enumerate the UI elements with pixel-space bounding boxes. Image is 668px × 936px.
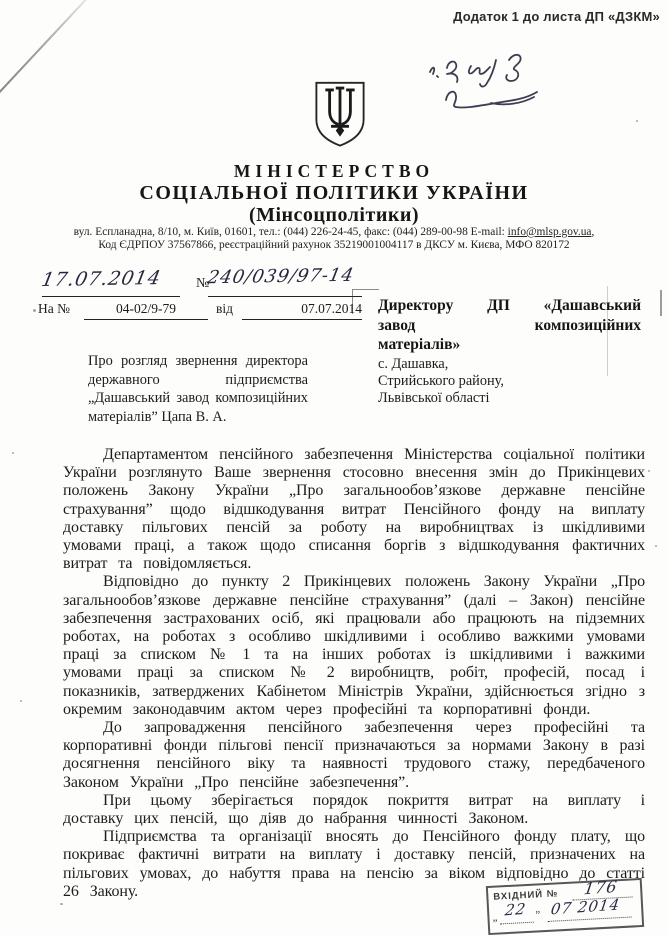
scan-speck: [636, 120, 638, 122]
outgoing-date-field: 17.07.2014: [42, 268, 180, 297]
stamp-open-quote: „: [492, 912, 498, 924]
subject-line: „Дашавський завод композиційних: [88, 389, 308, 408]
scan-speck: [33, 309, 36, 312]
scanned-letter-page: Додаток 1 до листа ДП «ДЗКМ» МІНІСТЕРСТВ…: [0, 0, 668, 936]
contact-line1: вул. Еспланадна, 8/10, м. Київ, 01601, т…: [14, 226, 654, 238]
tryzub-emblem-icon: [308, 80, 372, 148]
reply-number-field: 04-02/9-79: [84, 301, 208, 320]
contact-line1-suffix: ,: [591, 226, 594, 238]
addressee-line: завод композиційних: [378, 316, 641, 336]
body-paragraph: Департаментом пенсійного забезпечення Мі…: [63, 446, 645, 573]
contact-email: info@mlsp.gov.ua: [508, 226, 592, 238]
contact-address: вул. Еспланадна, 8/10, м. Київ, 01601, т…: [74, 226, 508, 238]
addressee-location: Стрийського району,: [378, 373, 641, 389]
reply-label: На №: [38, 301, 70, 317]
scan-artifact-edge-mark: [660, 290, 662, 316]
addressee-location: Львівської області: [378, 390, 641, 406]
scan-speck: [655, 545, 657, 547]
scan-speck: [12, 452, 14, 454]
letter-body: Департаментом пенсійного забезпечення Мі…: [63, 446, 645, 901]
outgoing-date-handwritten: 17.07.2014: [40, 267, 164, 291]
subject-line: державного підприємства: [88, 371, 308, 390]
body-paragraph: При цьому зберігається порядок покриття …: [63, 792, 645, 828]
body-paragraph: До запровадження пенсійного забезпечення…: [63, 719, 645, 792]
appendix-note: Додаток 1 до листа ДП «ДЗКМ»: [453, 9, 660, 24]
scan-artifact-diagonal-line: [0, 0, 90, 97]
subject-line: матеріалів” Цапа В. А.: [88, 408, 308, 427]
ministry-name-line1: МІНІСТЕРСТВО: [0, 161, 668, 182]
outgoing-number-handwritten: 240/039/97-14: [206, 265, 356, 289]
addressee-location: с. Дашавка,: [378, 356, 641, 372]
body-paragraph: Відповідно до пункту 2 Прикінцевих полож…: [63, 573, 645, 719]
addressee-line: Директору ДП «Дашавський: [378, 296, 641, 316]
reply-from-label: від: [216, 301, 233, 317]
handwritten-signature-icon: [398, 38, 563, 120]
addressee-block: Директору ДП «Дашавський завод композиці…: [378, 296, 641, 406]
addressee-line: матеріалів»: [378, 335, 641, 355]
stamp-close-quote: ”: [535, 909, 541, 921]
incoming-day-handwritten: 22: [504, 900, 528, 920]
ministry-short-name: (Мінсоцполітики): [0, 204, 668, 227]
outgoing-number-field: 240/039/97-14: [208, 266, 362, 297]
reply-date-field: 07.07.2014: [242, 301, 362, 320]
scan-speck: [60, 903, 63, 905]
scan-speck: [648, 470, 650, 472]
subject-block: Про розгляд звернення директора державно…: [88, 352, 308, 426]
incoming-stamp: ВХІДНИЙ № 176 „ 22 ” 07 2014: [486, 878, 644, 935]
subject-line: Про розгляд звернення директора: [88, 352, 308, 371]
scan-speck: [20, 700, 22, 702]
ministry-name-line2: СОЦІАЛЬНОЇ ПОЛІТИКИ УКРАЇНИ: [0, 182, 668, 205]
contact-line2: Код ЄДРПОУ 37567866, реєстраційний рахун…: [14, 239, 654, 251]
